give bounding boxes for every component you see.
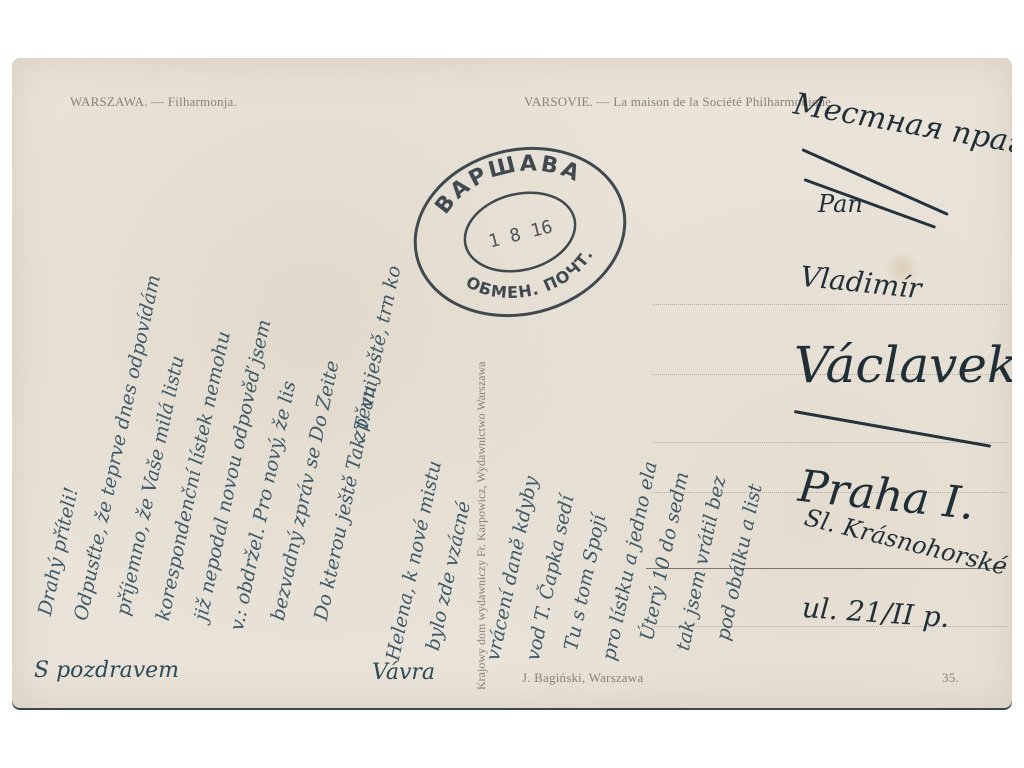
address-salutation: Pan [818,190,863,218]
postmark-stamp: ВАРШАВА ОБМЕН. ПОЧТ. 1 8 16 [408,140,632,318]
address-surname: Václavek [794,336,1012,394]
address-dotted-line [652,304,1007,305]
postcard-back: WARSZAWA. — Filharmonja. VARSOVIE. — La … [12,58,1012,708]
printed-caption-french: VARSOVIE. — La maison de la Société Phil… [524,94,835,110]
handwritten-closing: S pozdravem [34,658,179,683]
handwritten-line: zpěvu ještě, trn ko [347,264,406,443]
handwritten-signature: Vávra [372,660,435,685]
svg-text:ОБМЕН. ПОЧТ.: ОБМЕН. ПОЧТ. [459,242,603,316]
address-dotted-line [652,442,1007,443]
printed-card-number: 35. [942,670,959,686]
address-dotted-line [652,626,1007,627]
postmark-date: 1 8 16 [487,216,555,252]
postmark-bottom-text: ОБМЕН. ПОЧТ. [459,242,603,316]
printed-caption-polish: WARSZAWA. — Filharmonja. [70,94,237,110]
address-first-name: Vladimír [799,260,923,306]
struck-through-text: Местная прага [791,87,1012,165]
address-house-number: ul. 21/II p. [801,591,951,634]
printed-publisher: J. Bagiński, Warszawa [522,670,643,686]
